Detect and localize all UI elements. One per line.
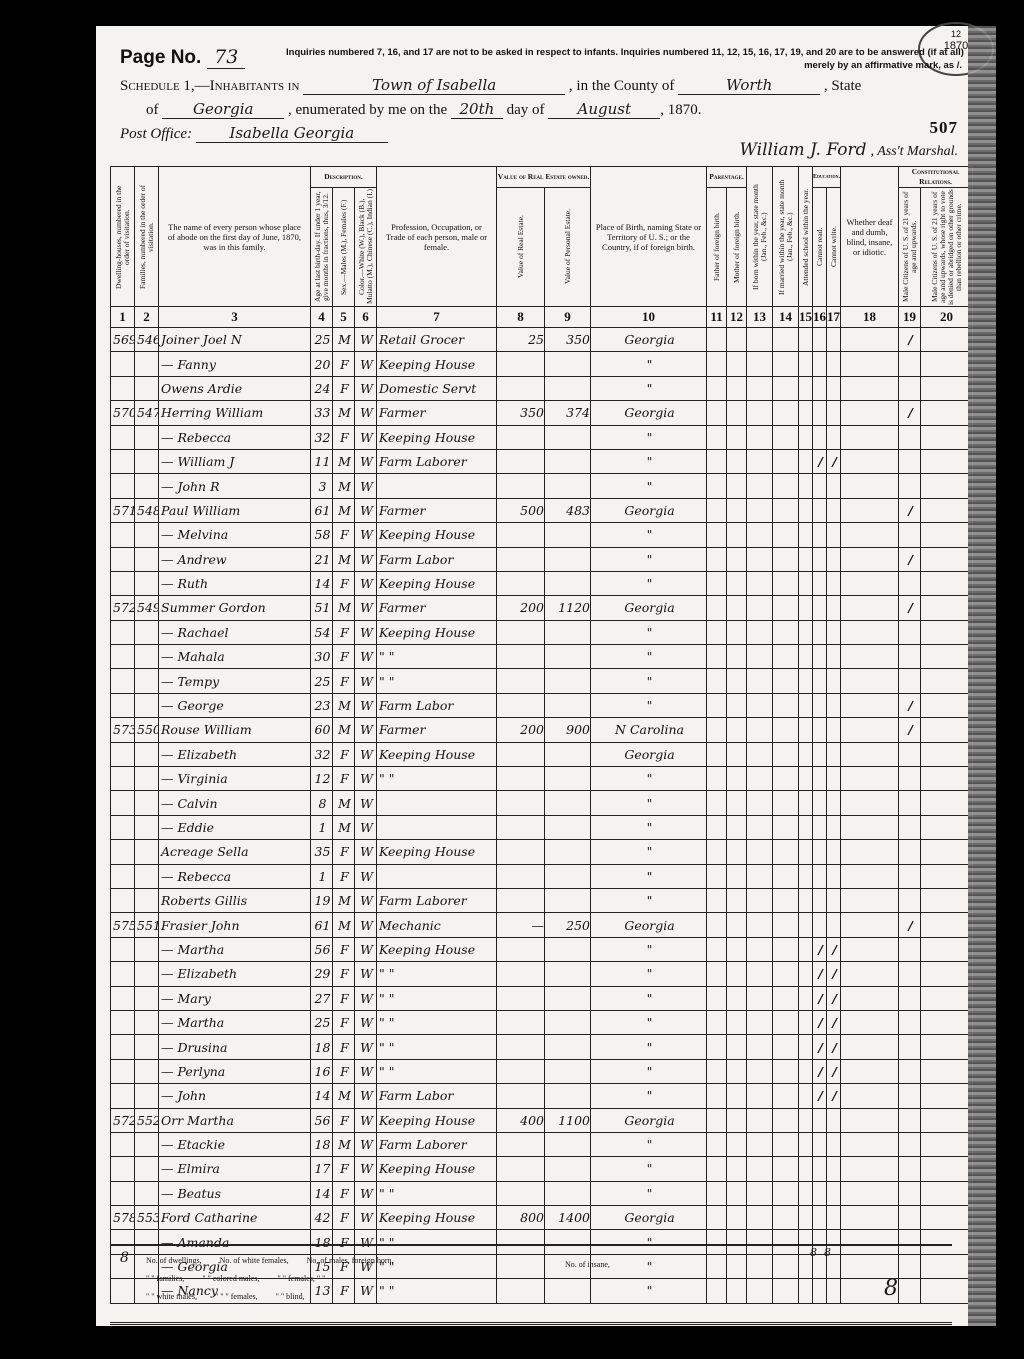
- cannot-read: /: [813, 1059, 827, 1083]
- deaf-blind-insane: [841, 596, 899, 620]
- table-row: — William J11MWFarm Laborer"//: [111, 449, 973, 473]
- deaf-blind-insane: [841, 401, 899, 425]
- born-within-year: [747, 718, 773, 742]
- personal-estate-value: [545, 376, 591, 400]
- deaf-blind-insane: [841, 474, 899, 498]
- attended-school: [799, 1035, 813, 1059]
- real-estate-value: 400: [497, 1108, 545, 1132]
- dwelling-number: [111, 1084, 135, 1108]
- occupation: " ": [377, 645, 497, 669]
- real-estate-value: [497, 523, 545, 547]
- table-row: — Elizabeth32FWKeeping HouseGeorgia: [111, 742, 973, 766]
- born-within-year: [747, 815, 773, 839]
- family-number: [135, 645, 159, 669]
- dwelling-number: [111, 352, 135, 376]
- dwelling-number: 572: [111, 596, 135, 620]
- deaf-blind-insane: [841, 571, 899, 595]
- occupation: Farmer: [377, 718, 497, 742]
- person-name: — Drusina: [159, 1035, 311, 1059]
- attended-school: [799, 571, 813, 595]
- occupation: Keeping House: [377, 1206, 497, 1230]
- person-name: — Perlyna: [159, 1059, 311, 1083]
- male-citizen-21: [899, 523, 921, 547]
- male-citizen-21: [899, 742, 921, 766]
- attended-school: [799, 328, 813, 352]
- cannot-read: [813, 742, 827, 766]
- mother-foreign: [727, 742, 747, 766]
- stamped-page-id: 507: [930, 118, 959, 138]
- deaf-blind-insane: [841, 937, 899, 961]
- sex: F: [333, 645, 355, 669]
- occupation: [377, 474, 497, 498]
- father-foreign: [707, 1157, 727, 1181]
- real-estate-value: [497, 1035, 545, 1059]
- family-number: 550: [135, 718, 159, 742]
- personal-estate-value: 900: [545, 718, 591, 742]
- mother-foreign: [727, 645, 747, 669]
- cannot-read: [813, 913, 827, 937]
- father-foreign: [707, 376, 727, 400]
- married-within-year: [773, 645, 799, 669]
- age: 18: [311, 1132, 333, 1156]
- dwelling-number: [111, 962, 135, 986]
- deaf-blind-insane: [841, 791, 899, 815]
- mother-foreign: [727, 1084, 747, 1108]
- mother-foreign: [727, 815, 747, 839]
- deaf-blind-insane: [841, 888, 899, 912]
- birthplace: ": [591, 1181, 707, 1205]
- male-citizen-21: /: [899, 498, 921, 522]
- sex: M: [333, 718, 355, 742]
- family-number: 547: [135, 401, 159, 425]
- cannot-read: [813, 547, 827, 571]
- dwelling-number: [111, 791, 135, 815]
- father-foreign: [707, 352, 727, 376]
- table-row: — Calvin8MW": [111, 791, 973, 815]
- real-estate-value: [497, 449, 545, 473]
- occupation: Farmer: [377, 498, 497, 522]
- marshal-signature: William J. Ford, Ass't Marshal.: [739, 140, 958, 160]
- born-within-year: [747, 352, 773, 376]
- real-estate-value: [497, 425, 545, 449]
- family-number: 551: [135, 913, 159, 937]
- birthplace: Georgia: [591, 1206, 707, 1230]
- father-foreign: [707, 328, 727, 352]
- married-within-year: [773, 620, 799, 644]
- sex: M: [333, 401, 355, 425]
- personal-estate-value: [545, 352, 591, 376]
- family-number: [135, 937, 159, 961]
- page-number-value: 73: [207, 46, 245, 69]
- age: 21: [311, 547, 333, 571]
- real-estate-value: 200: [497, 718, 545, 742]
- age: 42: [311, 1206, 333, 1230]
- father-foreign: [707, 547, 727, 571]
- vote-denied: [921, 328, 973, 352]
- male-citizen-21: [899, 1132, 921, 1156]
- mother-foreign: [727, 888, 747, 912]
- mother-foreign: [727, 1157, 747, 1181]
- personal-estate-value: [545, 669, 591, 693]
- vote-denied: [921, 1108, 973, 1132]
- personal-estate-value: [545, 449, 591, 473]
- table-row: — Beatus14FW" "": [111, 1181, 973, 1205]
- dwelling-number: [111, 1035, 135, 1059]
- page-summary: 8 No. of dwellings,No. of white females,…: [110, 1244, 952, 1325]
- cannot-read: [813, 1181, 827, 1205]
- age: 18: [311, 1035, 333, 1059]
- birthplace: Georgia: [591, 498, 707, 522]
- vote-denied: [921, 1035, 973, 1059]
- color: W: [355, 1132, 377, 1156]
- cannot-write: [827, 401, 841, 425]
- cannot-read: [813, 376, 827, 400]
- instructions-note: Inquiries numbered 7, 16, and 17 are not…: [286, 46, 966, 72]
- personal-estate-value: [545, 474, 591, 498]
- birthplace: Georgia: [591, 401, 707, 425]
- color: W: [355, 986, 377, 1010]
- born-within-year: [747, 1181, 773, 1205]
- cannot-write: [827, 1206, 841, 1230]
- group-value: Value of Real Estate owned.: [497, 167, 591, 188]
- color: W: [355, 864, 377, 888]
- attended-school: [799, 474, 813, 498]
- age: 60: [311, 718, 333, 742]
- occupation: Farm Laborer: [377, 888, 497, 912]
- attended-school: [799, 1010, 813, 1034]
- person-name: — Eddie: [159, 815, 311, 839]
- cannot-write: [827, 376, 841, 400]
- male-citizen-21: [899, 1157, 921, 1181]
- cannot-write: [827, 596, 841, 620]
- real-estate-value: 350: [497, 401, 545, 425]
- dwelling-number: 569: [111, 328, 135, 352]
- cannot-write: [827, 645, 841, 669]
- deaf-blind-insane: [841, 1010, 899, 1034]
- cannot-write: [827, 352, 841, 376]
- occupation: Keeping House: [377, 1108, 497, 1132]
- birthplace: ": [591, 352, 707, 376]
- table-row: — Perlyna16FW" ""//: [111, 1059, 973, 1083]
- attended-school: [799, 937, 813, 961]
- color: W: [355, 596, 377, 620]
- sex: F: [333, 376, 355, 400]
- age: 12: [311, 767, 333, 791]
- married-within-year: [773, 1010, 799, 1034]
- age: 27: [311, 986, 333, 1010]
- color: W: [355, 425, 377, 449]
- vote-denied: [921, 962, 973, 986]
- family-number: [135, 547, 159, 571]
- married-within-year: [773, 1132, 799, 1156]
- birthplace: ": [591, 474, 707, 498]
- sex: M: [333, 328, 355, 352]
- mother-foreign: [727, 864, 747, 888]
- sex: F: [333, 571, 355, 595]
- occupation: Farm Labor: [377, 1084, 497, 1108]
- attended-school: [799, 1059, 813, 1083]
- born-within-year: [747, 986, 773, 1010]
- color: W: [355, 547, 377, 571]
- mother-foreign: [727, 1010, 747, 1034]
- father-foreign: [707, 449, 727, 473]
- born-within-year: [747, 1108, 773, 1132]
- col-header-3: The name of every person whose place of …: [159, 167, 311, 307]
- color: W: [355, 937, 377, 961]
- page-number: Page No.73: [120, 46, 245, 69]
- occupation: " ": [377, 962, 497, 986]
- male-citizen-21: [899, 937, 921, 961]
- family-number: [135, 449, 159, 473]
- age: 23: [311, 693, 333, 717]
- attended-school: [799, 1108, 813, 1132]
- cannot-read: /: [813, 937, 827, 961]
- dwelling-number: [111, 1010, 135, 1034]
- cannot-write: [827, 888, 841, 912]
- cannot-read: [813, 1157, 827, 1181]
- cannot-read: [813, 767, 827, 791]
- occupation: Keeping House: [377, 425, 497, 449]
- birthplace: ": [591, 620, 707, 644]
- male-citizen-21: [899, 425, 921, 449]
- post-office-field: Isabella Georgia: [196, 124, 388, 143]
- family-number: [135, 620, 159, 644]
- occupation: Keeping House: [377, 523, 497, 547]
- occupation: Keeping House: [377, 571, 497, 595]
- sex: M: [333, 449, 355, 473]
- born-within-year: [747, 864, 773, 888]
- color: W: [355, 449, 377, 473]
- birthplace: ": [591, 840, 707, 864]
- born-within-year: [747, 888, 773, 912]
- occupation: Mechanic: [377, 913, 497, 937]
- family-number: [135, 376, 159, 400]
- cannot-write: [827, 498, 841, 522]
- real-estate-value: [497, 937, 545, 961]
- born-within-year: [747, 620, 773, 644]
- personal-estate-value: [545, 962, 591, 986]
- attended-school: [799, 669, 813, 693]
- married-within-year: [773, 547, 799, 571]
- married-within-year: [773, 352, 799, 376]
- deaf-blind-insane: [841, 742, 899, 766]
- age: 56: [311, 1108, 333, 1132]
- vote-denied: [921, 498, 973, 522]
- person-name: — George: [159, 693, 311, 717]
- mother-foreign: [727, 937, 747, 961]
- vote-denied: [921, 986, 973, 1010]
- male-citizen-21: [899, 1059, 921, 1083]
- cannot-write: [827, 693, 841, 717]
- cannot-write: [827, 1157, 841, 1181]
- real-estate-value: [497, 864, 545, 888]
- color: W: [355, 767, 377, 791]
- deaf-blind-insane: [841, 425, 899, 449]
- table-row: — Elmira17FWKeeping House": [111, 1157, 973, 1181]
- census-rows: 569546Joiner Joel N25MWRetail Grocer2535…: [111, 328, 973, 1304]
- cannot-read: [813, 425, 827, 449]
- real-estate-value: [497, 1181, 545, 1205]
- father-foreign: [707, 864, 727, 888]
- mother-foreign: [727, 620, 747, 644]
- personal-estate-value: [545, 1010, 591, 1034]
- born-within-year: [747, 328, 773, 352]
- table-row: — Mary27FW" ""//: [111, 986, 973, 1010]
- age: 8: [311, 791, 333, 815]
- color: W: [355, 1084, 377, 1108]
- age: 25: [311, 1010, 333, 1034]
- mother-foreign: [727, 1206, 747, 1230]
- vote-denied: [921, 1181, 973, 1205]
- vote-denied: [921, 767, 973, 791]
- vote-denied: [921, 571, 973, 595]
- vote-denied: [921, 620, 973, 644]
- married-within-year: [773, 328, 799, 352]
- cannot-read: [813, 1108, 827, 1132]
- table-row: — Etackie18MWFarm Laborer": [111, 1132, 973, 1156]
- sex: F: [333, 425, 355, 449]
- mother-foreign: [727, 328, 747, 352]
- deaf-blind-insane: [841, 962, 899, 986]
- personal-estate-value: [545, 523, 591, 547]
- dwelling-number: [111, 767, 135, 791]
- attended-school: [799, 401, 813, 425]
- born-within-year: [747, 425, 773, 449]
- cannot-write: /: [827, 962, 841, 986]
- sex: F: [333, 767, 355, 791]
- family-number: [135, 571, 159, 595]
- personal-estate-value: 483: [545, 498, 591, 522]
- occupation: Farm Labor: [377, 547, 497, 571]
- occupation: [377, 791, 497, 815]
- cannot-write: [827, 815, 841, 839]
- state-field: Georgia: [162, 100, 284, 119]
- attended-school: [799, 791, 813, 815]
- color: W: [355, 620, 377, 644]
- married-within-year: [773, 425, 799, 449]
- mother-foreign: [727, 1181, 747, 1205]
- born-within-year: [747, 742, 773, 766]
- attended-school: [799, 352, 813, 376]
- cannot-read: [813, 620, 827, 644]
- vote-denied: [921, 1084, 973, 1108]
- cannot-write: /: [827, 1035, 841, 1059]
- age: 16: [311, 1059, 333, 1083]
- birthplace: ": [591, 962, 707, 986]
- cannot-write: /: [827, 986, 841, 1010]
- family-number: [135, 986, 159, 1010]
- birthplace: ": [591, 376, 707, 400]
- married-within-year: [773, 913, 799, 937]
- attended-school: [799, 547, 813, 571]
- real-estate-value: [497, 693, 545, 717]
- color: W: [355, 523, 377, 547]
- married-within-year: [773, 815, 799, 839]
- person-name: — Andrew: [159, 547, 311, 571]
- father-foreign: [707, 986, 727, 1010]
- color: W: [355, 328, 377, 352]
- personal-estate-value: [545, 1181, 591, 1205]
- col-header-13: If born within the year, state month (Ja…: [747, 167, 773, 307]
- family-number: [135, 840, 159, 864]
- attended-school: [799, 742, 813, 766]
- dwelling-number: 570: [111, 401, 135, 425]
- table-row: — Eddie1MW": [111, 815, 973, 839]
- person-name: — Elizabeth: [159, 962, 311, 986]
- table-row: — Virginia12FW" "": [111, 767, 973, 791]
- attended-school: [799, 1181, 813, 1205]
- married-within-year: [773, 474, 799, 498]
- deaf-blind-insane: [841, 1108, 899, 1132]
- birthplace: Georgia: [591, 328, 707, 352]
- birthplace: Georgia: [591, 742, 707, 766]
- deaf-blind-insane: [841, 1059, 899, 1083]
- deaf-blind-insane: [841, 718, 899, 742]
- cannot-write: [827, 1108, 841, 1132]
- day-field: 20th: [451, 100, 503, 119]
- married-within-year: [773, 718, 799, 742]
- married-within-year: [773, 1108, 799, 1132]
- sex: F: [333, 1059, 355, 1083]
- deaf-blind-insane: [841, 864, 899, 888]
- dwelling-number: [111, 986, 135, 1010]
- father-foreign: [707, 425, 727, 449]
- attended-school: [799, 449, 813, 473]
- real-estate-value: —: [497, 913, 545, 937]
- married-within-year: [773, 1206, 799, 1230]
- birthplace: ": [591, 1157, 707, 1181]
- mother-foreign: [727, 425, 747, 449]
- birthplace: ": [591, 937, 707, 961]
- attended-school: [799, 498, 813, 522]
- age: 33: [311, 401, 333, 425]
- father-foreign: [707, 596, 727, 620]
- sex: M: [333, 474, 355, 498]
- color: W: [355, 742, 377, 766]
- age: 61: [311, 913, 333, 937]
- color: W: [355, 669, 377, 693]
- birthplace: ": [591, 425, 707, 449]
- married-within-year: [773, 888, 799, 912]
- col-header-12: Mother of foreign birth.: [727, 188, 747, 307]
- father-foreign: [707, 742, 727, 766]
- person-name: Herring William: [159, 401, 311, 425]
- cannot-write: /: [827, 1010, 841, 1034]
- person-name: — Calvin: [159, 791, 311, 815]
- mother-foreign: [727, 693, 747, 717]
- color: W: [355, 474, 377, 498]
- dwelling-number: 572: [111, 1108, 135, 1132]
- male-citizen-21: [899, 474, 921, 498]
- birthplace: ": [591, 1059, 707, 1083]
- sex: M: [333, 498, 355, 522]
- age: 32: [311, 742, 333, 766]
- vote-denied: [921, 693, 973, 717]
- male-citizen-21: [899, 986, 921, 1010]
- father-foreign: [707, 767, 727, 791]
- mother-foreign: [727, 523, 747, 547]
- occupation: Farm Laborer: [377, 1132, 497, 1156]
- table-row: 575551Frasier John61MWMechanic—250Georgi…: [111, 913, 973, 937]
- vote-denied: [921, 376, 973, 400]
- person-name: Owens Ardie: [159, 376, 311, 400]
- male-citizen-21: /: [899, 913, 921, 937]
- group-parentage: Parentage.: [707, 167, 747, 188]
- occupation: Keeping House: [377, 1157, 497, 1181]
- occupation: Farmer: [377, 401, 497, 425]
- born-within-year: [747, 1206, 773, 1230]
- person-name: — Melvina: [159, 523, 311, 547]
